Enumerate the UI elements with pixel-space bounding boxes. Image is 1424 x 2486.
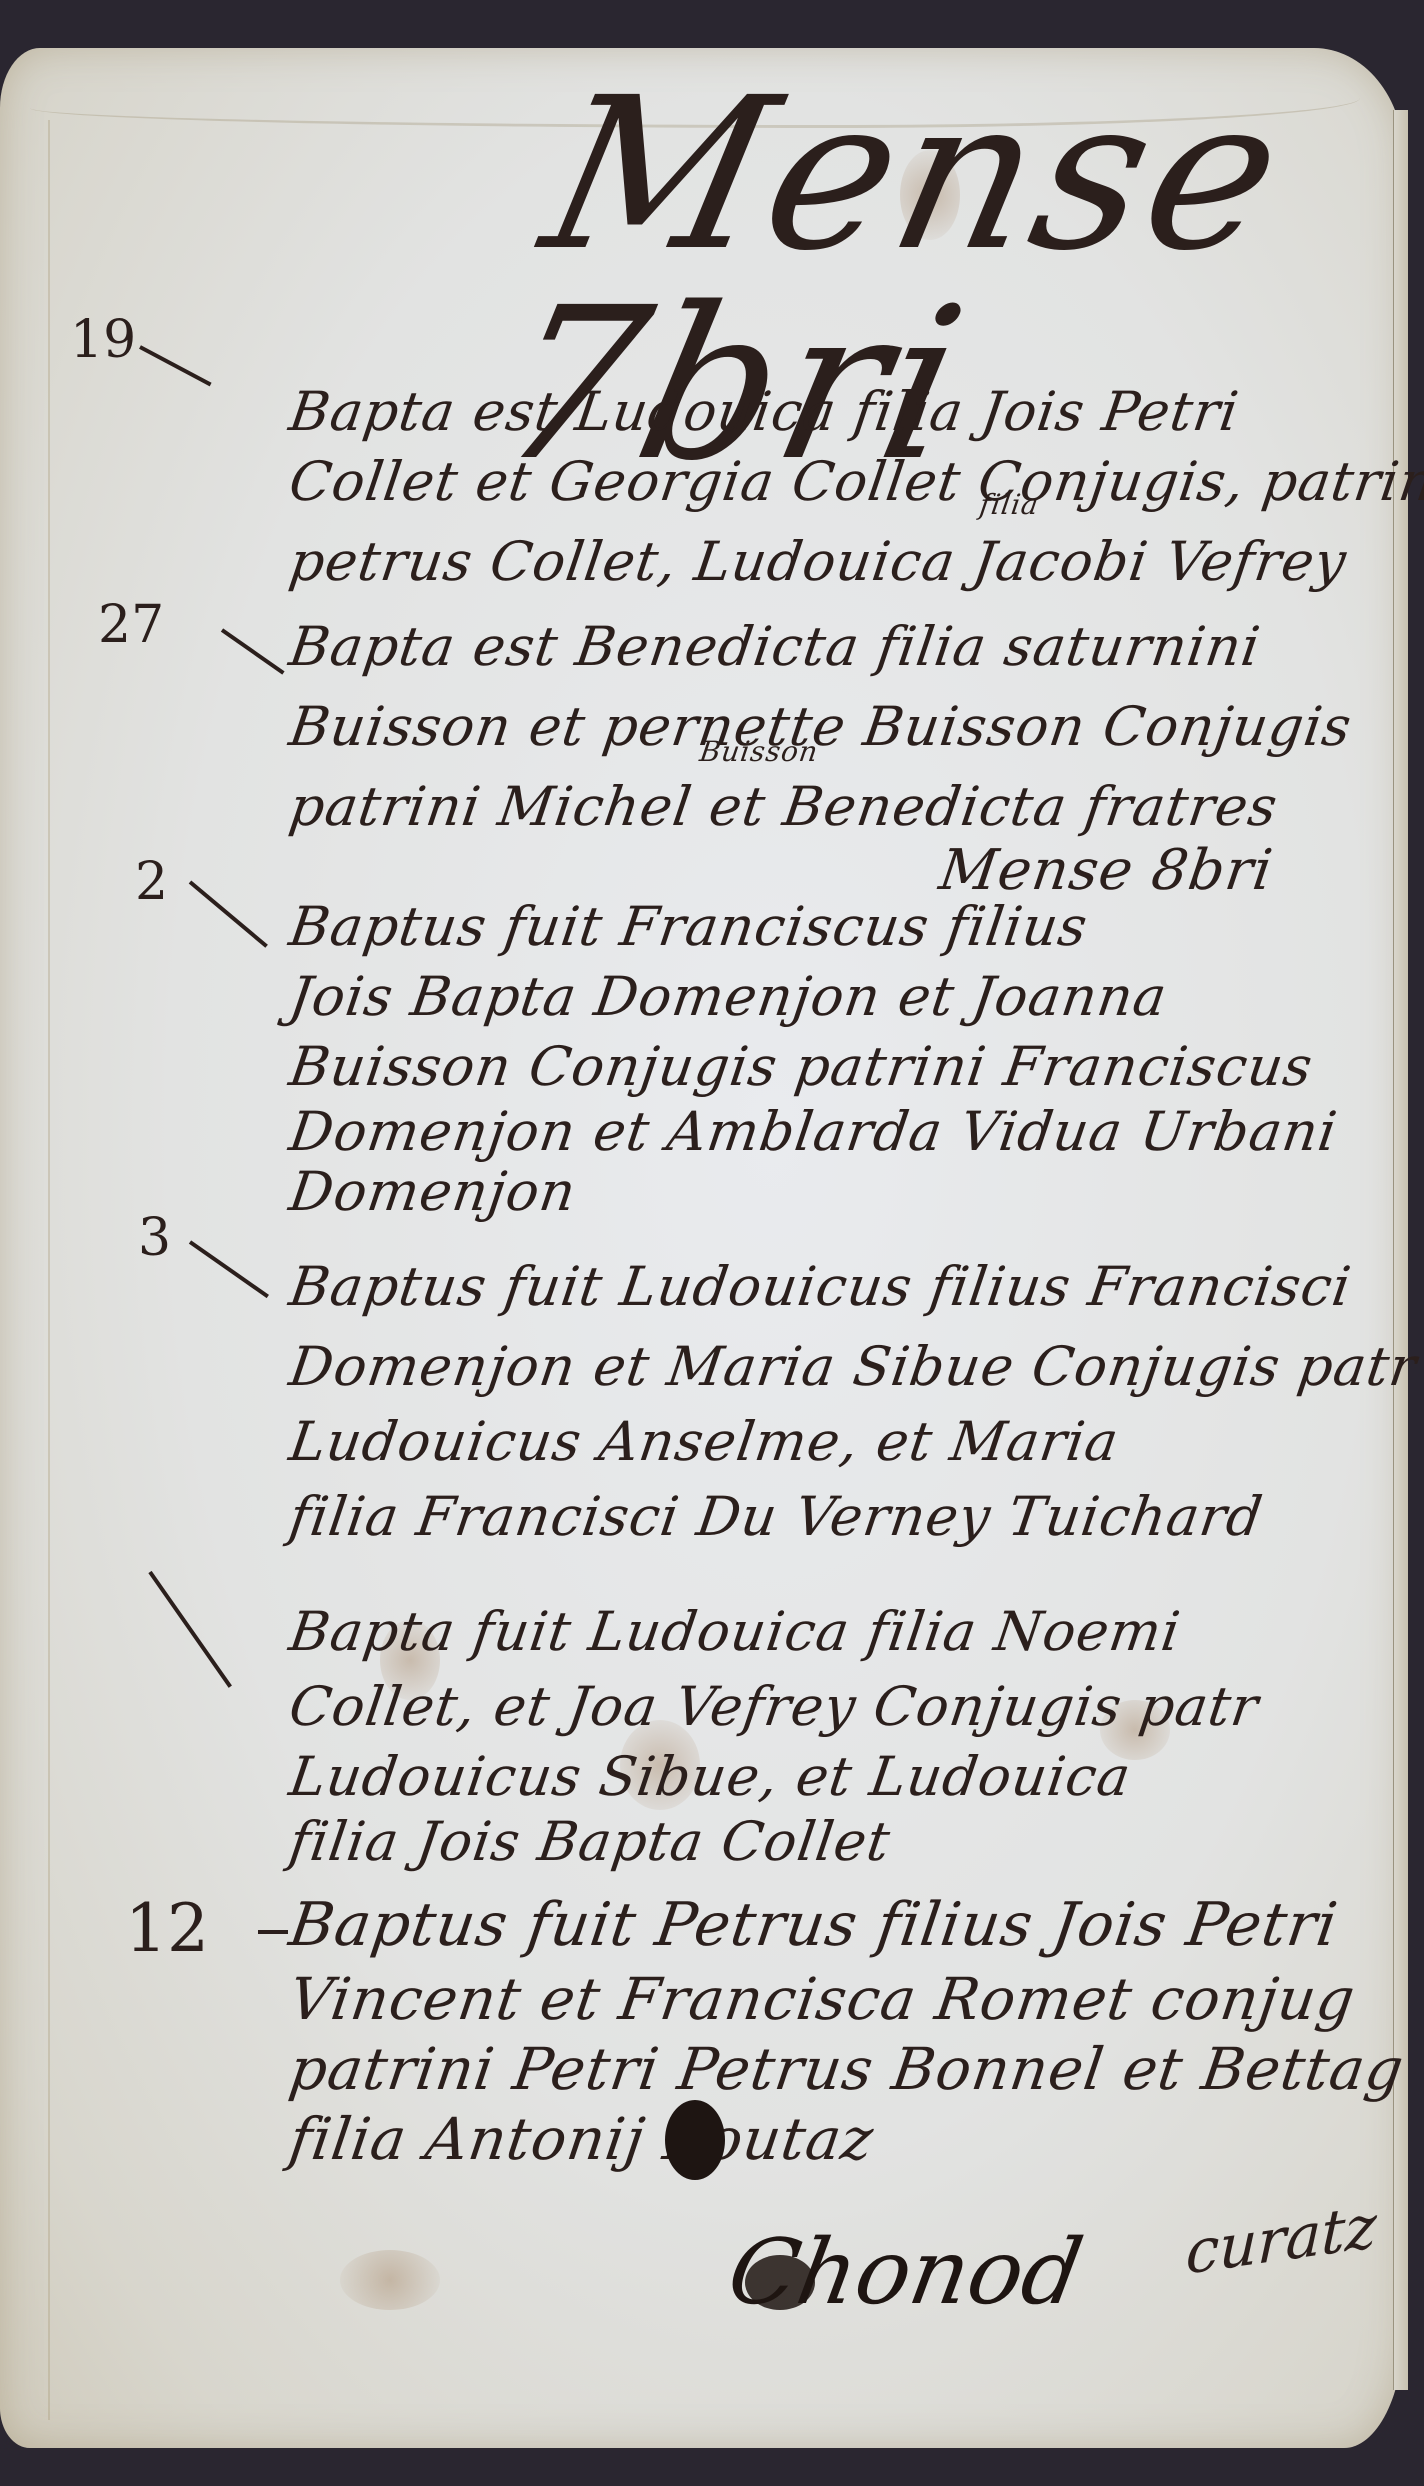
entry-line: Buisson Conjugis patrini Franciscus (286, 1035, 1317, 1098)
entry-day: 12 (125, 1890, 209, 1967)
interlinear-note: filia (978, 488, 1042, 521)
entry-line: Domenjon (286, 1160, 581, 1223)
ink-blot (745, 2255, 815, 2310)
entry-line: Jois Bapta Domenjon et Joanna (286, 965, 1172, 1028)
entry-line: Buisson et pernette Buisson Conjugis (286, 695, 1356, 758)
section-heading: Mense 8bri (935, 838, 1277, 903)
entry-line: Collet, et Joa Vefrey Conjugis patr (286, 1675, 1263, 1738)
entry-line: patrini Petri Petrus Bonnel et Bettag (285, 2035, 1408, 2103)
entry-day: 2 (135, 852, 168, 912)
entry-line: patrini Michel et Benedicta fratres (286, 775, 1282, 838)
interlinear-note: Buisson (698, 735, 821, 768)
ink-blot (665, 2100, 725, 2180)
entry-line: filia Jois Bapta Collet (286, 1810, 895, 1873)
entry-line: Ludouicus Sibue, et Ludouica (286, 1745, 1135, 1808)
entry-line: Bapta est Ludouica filia Jois Petri (286, 380, 1243, 443)
entry-line: filia Antonij Boutaz (285, 2105, 878, 2173)
page-left-edge (8, 120, 50, 2420)
entry-day: 3 (138, 1208, 171, 1268)
stain (340, 2250, 440, 2310)
margin-stroke (258, 1930, 288, 1934)
entry-line: Baptus fuit Franciscus filius (286, 895, 1092, 958)
entry-day: 27 (98, 595, 164, 655)
entry-line: Baptus fuit Ludouicus filius Francisci (286, 1255, 1356, 1318)
entry-line: Bapta fuit Ludouica filia Noemi (286, 1600, 1185, 1663)
entry-line: Domenjon et Amblarda Vidua Urbani (286, 1100, 1342, 1163)
entry-day: 19 (70, 310, 136, 370)
entry-line: filia Francisci Du Verney Tuichard (286, 1485, 1267, 1548)
entry-line: Ludouicus Anselme, et Maria (286, 1410, 1123, 1473)
entry-line: Baptus fuit Petrus filius Jois Petri (285, 1890, 1342, 1960)
entry-line: Collet et Georgia Collet Conjugis, patri… (286, 450, 1424, 513)
entry-line: petrus Collet, Ludouica Jacobi Vefrey (286, 530, 1351, 593)
entry-line: Domenjon et Maria Sibue Conjugis patr (286, 1335, 1421, 1398)
entry-line: Bapta est Benedicta filia saturnini (286, 615, 1265, 678)
entry-line: Vincent et Francisca Romet conjug (285, 1965, 1359, 2033)
